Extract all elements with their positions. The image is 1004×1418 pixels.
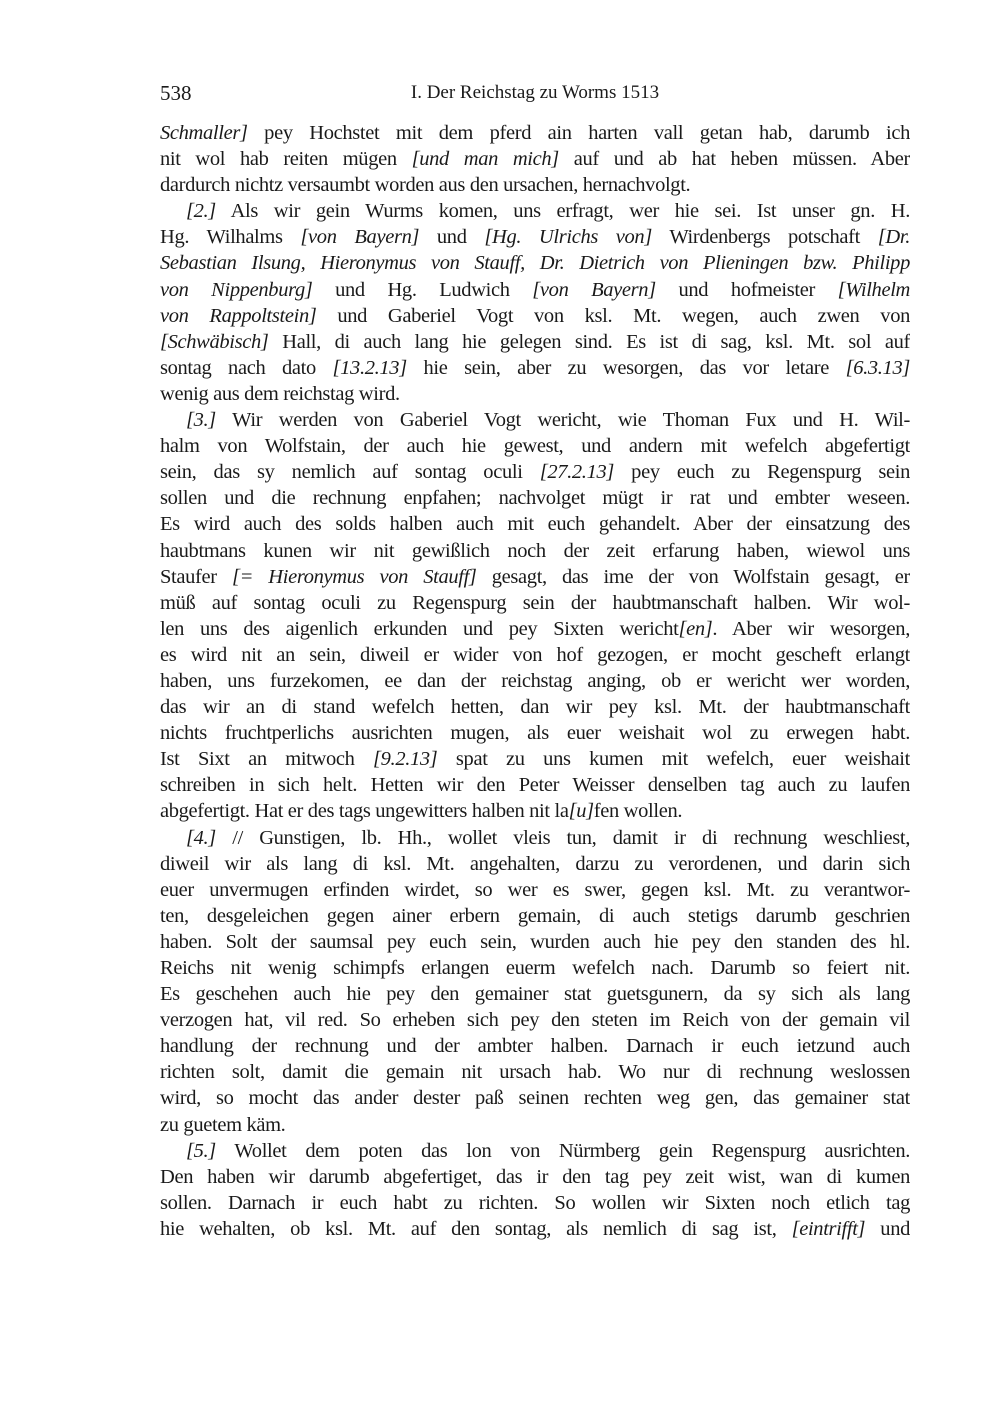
text-line: Schmaller] pey Hochstet mit dem pferd ai… <box>160 120 910 146</box>
text-segment: wird, so mocht das ander dester paß sein… <box>160 1087 910 1109</box>
editorial-annotation: [Dr. <box>878 226 910 248</box>
text-segment: Reichs nit wenig schimpfs erlangen euerm… <box>160 957 910 979</box>
text-segment: das wir an di stand wefelch hetten, dan … <box>160 696 910 718</box>
text-segment: Hall, di auch lang hie gelegen sind. Es … <box>269 331 910 353</box>
text-line: euer unvermugen erfinden wirdet, so wer … <box>160 877 910 903</box>
text-line: diweil wir als lang di ksl. Mt. angehalt… <box>160 851 910 877</box>
text-line: schreiben in sich helt. Hetten wir den P… <box>160 772 910 798</box>
editorial-annotation: [eintrifft] <box>792 1218 866 1240</box>
editorial-annotation: Sebastian Ilsung, Hieronymus von Stauff,… <box>160 252 910 274</box>
text-line: verzogen hat, vil red. So erheben sich p… <box>160 1007 910 1033</box>
editorial-annotation: [Wilhelm <box>838 279 910 301</box>
text-segment: müß auf sontag oculi zu Regenspurg sein … <box>160 592 910 614</box>
text-segment: abgefertigt. Hat er des tags ungewitters… <box>160 800 569 822</box>
text-line: Hg. Wilhalms [von Bayern] und [Hg. Ulric… <box>160 224 910 250</box>
text-segment: nichts fruchtperlichs ausrichten mugen, … <box>160 722 910 744</box>
text-segment: sollen und die rechnung enpfahen; nachvo… <box>160 487 910 509</box>
text-segment: Staufer <box>160 566 232 588</box>
editorial-annotation: von Rappoltstein] <box>160 305 316 327</box>
text-segment: Wollet dem poten das lon von Nürmberg ge… <box>216 1140 910 1162</box>
editorial-annotation: Schmaller] <box>160 122 248 144</box>
text-segment: Es geschehen auch hie pey den gemainer s… <box>160 983 910 1005</box>
editorial-annotation: [Schwäbisch] <box>160 331 269 353</box>
text-segment: hie sein, aber zu wesorgen, das vor leta… <box>407 357 846 379</box>
editorial-annotation: [und man mich] <box>412 148 559 170</box>
text-segment: halm von Wolfstain, der auch hie gewest,… <box>160 435 910 457</box>
text-segment: Als wir gein Wurms komen, uns erfragt, w… <box>216 200 910 222</box>
text-segment: und Gaberiel Vogt von ksl. Mt. wegen, au… <box>316 305 910 327</box>
text-line: zu guetem käm. <box>160 1112 910 1138</box>
text-line: len uns des aigenlich erkunden und pey S… <box>160 616 910 642</box>
text-segment: haubtmans kunen wir nit gewißlich noch d… <box>160 540 910 562</box>
text-segment: verzogen hat, vil red. So erheben sich p… <box>160 1009 910 1031</box>
editorial-annotation: [27.2.13] <box>540 461 614 483</box>
text-segment: wenig aus dem reichstag wird. <box>160 383 400 405</box>
editorial-annotation: [u] <box>569 800 594 822</box>
text-line: nit wol hab reiten mügen [und man mich] … <box>160 146 910 172</box>
paragraph-start-line: [4.] // Gunstigen, lb. Hh., wollet vleis… <box>160 825 910 851</box>
text-line: haben. Solt der saumsal pey euch sein, w… <box>160 929 910 955</box>
document-body: Schmaller] pey Hochstet mit dem pferd ai… <box>160 120 910 1242</box>
text-segment: fen wollen. <box>594 800 682 822</box>
text-line: es wird nit an sein, diweil er wider von… <box>160 642 910 668</box>
text-segment: sollen. Darnach ir euch habt zu richten.… <box>160 1192 910 1214</box>
text-segment: dardurch nichtz versaumbt worden aus den… <box>160 174 690 196</box>
text-line: haubtmans kunen wir nit gewißlich noch d… <box>160 538 910 564</box>
text-line: ten, desgeleichen gegen ainer erbern gem… <box>160 903 910 929</box>
text-line: Reichs nit wenig schimpfs erlangen euerm… <box>160 955 910 981</box>
text-segment: gesagt, das ime der von Wolfstain gesagt… <box>477 566 910 588</box>
text-line: Den haben wir darumb abgefertiget, das i… <box>160 1164 910 1190</box>
text-segment: und Hg. Ludwich <box>313 279 533 301</box>
text-segment: diweil wir als lang di ksl. Mt. angehalt… <box>160 853 910 875</box>
text-segment: Wir werden von Gaberiel Vogt wericht, wi… <box>216 409 910 431</box>
editorial-annotation: [6.3.13] <box>846 357 910 379</box>
text-line: Sebastian Ilsung, Hieronymus von Stauff,… <box>160 250 910 276</box>
text-segment: pey Hochstet mit dem pferd ain harten va… <box>248 122 910 144</box>
text-segment: euer unvermugen erfinden wirdet, so wer … <box>160 879 910 901</box>
text-segment: spat zu uns kumen mit wefelch, euer weis… <box>437 748 910 770</box>
editorial-annotation: [en] <box>679 618 713 640</box>
text-segment: richten solt, damit die gemain nit ursac… <box>160 1061 910 1083</box>
text-segment: . Aber wir wesorgen, <box>712 618 910 640</box>
text-segment: handlung der rechnung und der ambter hal… <box>160 1035 910 1057</box>
editorial-annotation: [5.] <box>186 1140 216 1162</box>
paragraph-start-line: [2.] Als wir gein Wurms komen, uns erfra… <box>160 198 910 224</box>
text-line: sollen und die rechnung enpfahen; nachvo… <box>160 485 910 511</box>
text-segment: schreiben in sich helt. Hetten wir den P… <box>160 774 910 796</box>
text-line: halm von Wolfstain, der auch hie gewest,… <box>160 433 910 459</box>
text-line: sollen. Darnach ir euch habt zu richten.… <box>160 1190 910 1216</box>
text-line: das wir an di stand wefelch hetten, dan … <box>160 694 910 720</box>
text-segment: Es wird auch des solds halben auch mit e… <box>160 513 910 535</box>
paragraph-start-line: [3.] Wir werden von Gaberiel Vogt werich… <box>160 407 910 433</box>
text-segment: und <box>865 1218 910 1240</box>
text-segment: hie wehalten, ob ksl. Mt. auf den sontag… <box>160 1218 792 1240</box>
text-segment: Ist Sixt an mitwoch <box>160 748 373 770</box>
text-segment: len uns des aigenlich erkunden und pey S… <box>160 618 679 640</box>
text-segment: und <box>419 226 484 248</box>
editorial-annotation: [= Hieronymus von Stauff] <box>232 566 477 588</box>
text-line: Ist Sixt an mitwoch [9.2.13] spat zu uns… <box>160 746 910 772</box>
editorial-annotation: [von Bayern] <box>532 279 656 301</box>
editorial-annotation: [3.] <box>186 409 216 431</box>
text-line: abgefertigt. Hat er des tags ungewitters… <box>160 798 910 824</box>
text-segment: und hofmeister <box>656 279 838 301</box>
editorial-annotation: [4.] <box>186 827 216 849</box>
text-segment: zu guetem käm. <box>160 1114 285 1136</box>
text-line: Es geschehen auch hie pey den gemainer s… <box>160 981 910 1007</box>
text-segment: ten, desgeleichen gegen ainer erbern gem… <box>160 905 910 927</box>
text-segment: nit wol hab reiten mügen <box>160 148 412 170</box>
text-segment: // Gunstigen, lb. Hh., wollet vleis tun,… <box>216 827 910 849</box>
editorial-annotation: [13.2.13] <box>333 357 407 379</box>
text-line: wird, so mocht das ander dester paß sein… <box>160 1085 910 1111</box>
text-line: haben, uns furzekomen, ee dan der reichs… <box>160 668 910 694</box>
editorial-annotation: von Nippenburg] <box>160 279 313 301</box>
text-line: Staufer [= Hieronymus von Stauff] gesagt… <box>160 564 910 590</box>
text-line: richten solt, damit die gemain nit ursac… <box>160 1059 910 1085</box>
text-segment: haben, uns furzekomen, ee dan der reichs… <box>160 670 910 692</box>
editorial-annotation: [Hg. Ulrichs von] <box>484 226 652 248</box>
text-line: von Nippenburg] und Hg. Ludwich [von Bay… <box>160 277 910 303</box>
text-segment: pey euch zu Regenspurg sein <box>614 461 910 483</box>
running-title: I. Der Reichstag zu Worms 1513 <box>160 78 910 108</box>
text-line: dardurch nichtz versaumbt worden aus den… <box>160 172 910 198</box>
editorial-annotation: [2.] <box>186 200 216 222</box>
text-line: müß auf sontag oculi zu Regenspurg sein … <box>160 590 910 616</box>
editorial-annotation: [von Bayern] <box>300 226 419 248</box>
running-head: 538 I. Der Reichstag zu Worms 1513 <box>160 78 910 108</box>
text-segment: Wirdenbergs potschaft <box>652 226 878 248</box>
text-segment: es wird nit an sein, diweil er wider von… <box>160 644 910 666</box>
paragraph-start-line: [5.] Wollet dem poten das lon von Nürmbe… <box>160 1138 910 1164</box>
text-segment: Den haben wir darumb abgefertiget, das i… <box>160 1166 910 1188</box>
text-line: sontag nach dato [13.2.13] hie sein, abe… <box>160 355 910 381</box>
text-line: [Schwäbisch] Hall, di auch lang hie gele… <box>160 329 910 355</box>
text-segment: auf und ab hat heben müssen. Aber <box>559 148 910 170</box>
text-segment: sontag nach dato <box>160 357 333 379</box>
text-line: nichts fruchtperlichs ausrichten mugen, … <box>160 720 910 746</box>
text-line: hie wehalten, ob ksl. Mt. auf den sontag… <box>160 1216 910 1242</box>
text-line: von Rappoltstein] und Gaberiel Vogt von … <box>160 303 910 329</box>
text-line: wenig aus dem reichstag wird. <box>160 381 910 407</box>
text-segment: sein, das sy nemlich auf sontag oculi <box>160 461 540 483</box>
text-line: handlung der rechnung und der ambter hal… <box>160 1033 910 1059</box>
text-segment: Hg. Wilhalms <box>160 226 300 248</box>
text-segment: haben. Solt der saumsal pey euch sein, w… <box>160 931 910 953</box>
text-line: sein, das sy nemlich auf sontag oculi [2… <box>160 459 910 485</box>
editorial-annotation: [9.2.13] <box>373 748 437 770</box>
text-line: Es wird auch des solds halben auch mit e… <box>160 511 910 537</box>
